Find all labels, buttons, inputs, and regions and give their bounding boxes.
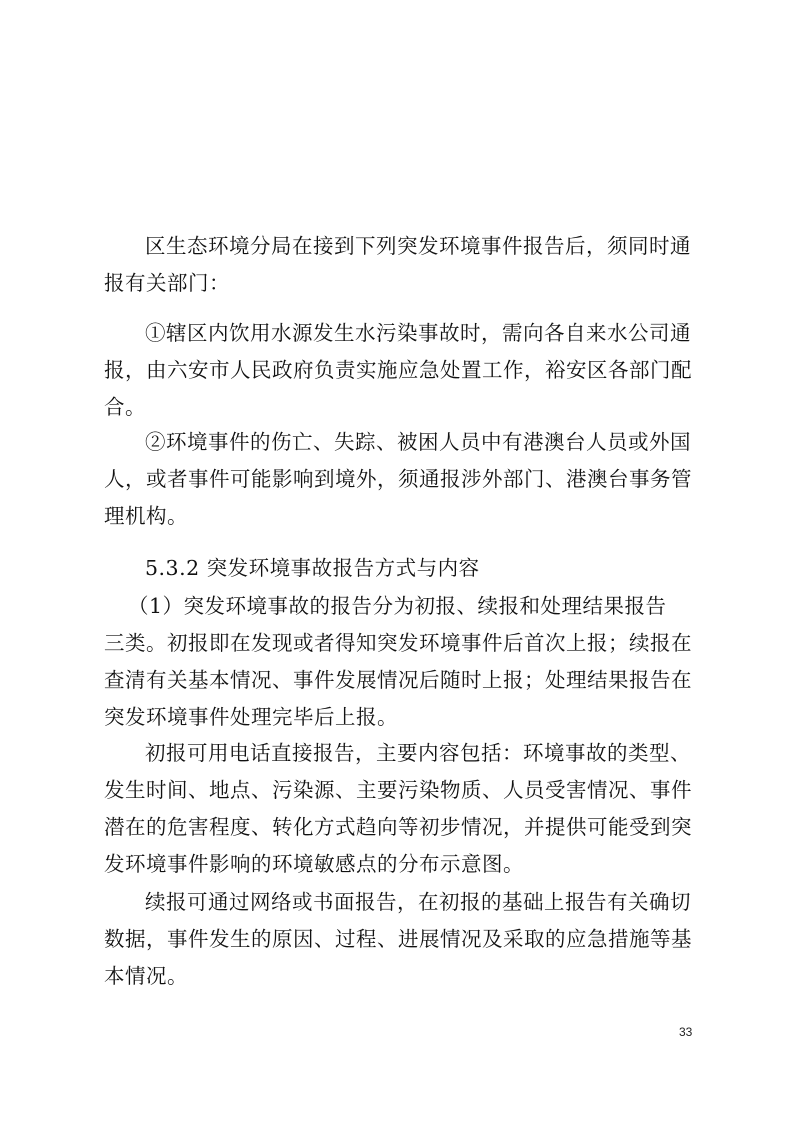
section-heading: 5.3.2 突发环境事故报告方式与内容: [145, 553, 480, 583]
text-line: 查清有关基本情况、事件发展情况后随时上报；处理结果报告在: [104, 662, 694, 699]
paragraph-notify-departments: 区生态环境分局在接到下列突发环境事件报告后，须同时通 报有关部门：: [104, 228, 694, 302]
text-line: ②环境事件的伤亡、失踪、被困人员中有港澳台人员或外国: [104, 424, 694, 461]
page-number: 33: [679, 1025, 692, 1039]
text-line: 报，由六安市人民政府负责实施应急处置工作，裕安区各部门配: [104, 352, 694, 389]
text-line: 报有关部门：: [104, 265, 694, 302]
text-line: 本情况。: [104, 958, 694, 995]
text-line: ①辖区内饮用水源发生水污染事故时，需向各自来水公司通: [104, 315, 694, 352]
paragraph-item-1: ①辖区内饮用水源发生水污染事故时，需向各自来水公司通 报，由六安市人民政府负责实…: [104, 315, 694, 426]
text-line: 三类。初报即在发现或者得知突发环境事件后首次上报；续报在: [104, 625, 694, 662]
text-line: 数据，事件发生的原因、过程、进展情况及采取的应急措施等基: [104, 921, 694, 958]
paragraph-initial-report: 初报可用电话直接报告，主要内容包括：环境事故的类型、 发生时间、地点、污染源、主…: [104, 735, 694, 883]
paragraph-follow-up-report: 续报可通过网络或书面报告，在初报的基础上报告有关确切 数据，事件发生的原因、过程…: [104, 884, 694, 995]
text-line: 突发环境事件处理完毕后上报。: [104, 699, 694, 736]
document-page: 区生态环境分局在接到下列突发环境事件报告后，须同时通 报有关部门： ①辖区内饮用…: [0, 0, 792, 1122]
text-line: 发环境事件影响的环境敏感点的分布示意图。: [104, 846, 694, 883]
text-line: 续报可通过网络或书面报告，在初报的基础上报告有关确切: [104, 884, 694, 921]
text-line: 潜在的危害程度、转化方式趋向等初步情况，并提供可能受到突: [104, 809, 694, 846]
text-line: （1）突发环境事故的报告分为初报、续报和处理结果报告: [104, 588, 694, 625]
text-line: 理机构。: [104, 498, 694, 535]
text-line: 合。: [104, 389, 694, 426]
text-line: 人，或者事件可能影响到境外，须通报涉外部门、港澳台事务管: [104, 461, 694, 498]
text-line: 初报可用电话直接报告，主要内容包括：环境事故的类型、: [104, 735, 694, 772]
text-line: 区生态环境分局在接到下列突发环境事件报告后，须同时通: [104, 228, 694, 265]
text-line: 发生时间、地点、污染源、主要污染物质、人员受害情况、事件: [104, 772, 694, 809]
paragraph-item-2: ②环境事件的伤亡、失踪、被困人员中有港澳台人员或外国 人，或者事件可能影响到境外…: [104, 424, 694, 535]
paragraph-report-types: （1）突发环境事故的报告分为初报、续报和处理结果报告 三类。初报即在发现或者得知…: [104, 588, 694, 736]
